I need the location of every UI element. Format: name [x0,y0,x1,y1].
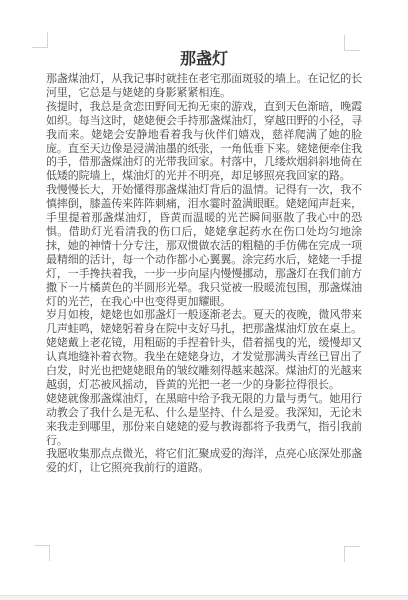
document-title: 那盏灯 [46,49,362,68]
paragraph: 那盏煤油灯，从我记事时就挂在老宅那面斑驳的墙上。在记忆的长河里，它总是与姥姥的身… [46,72,362,100]
text-boundary-mark-bottom-right [344,546,360,562]
paragraph: 我慢慢长大，开始懂得那盏煤油灯背后的温情。记得有一次，我不慎摔倒，膝盖传来阵阵刺… [46,183,362,308]
text-boundary-mark-top-left [32,32,48,48]
paragraph: 岁月如梭，姥姥也如那盏灯一般逐渐老去。夏天的夜晚，微风带来几声蛙鸣，姥姥躬着身在… [46,308,362,391]
paragraph: 姥姥就像那盏煤油灯，在黑暗中给予我无限的力量与勇气。她用行动教会了我什么是无私、… [46,392,362,448]
text-boundary-mark-bottom-left [34,545,50,561]
paragraph: 我愿收集那点点微光，将它们汇聚成爱的海洋，点亮心底深处那盏爱的灯，让它照亮我前行… [46,447,362,475]
text-area: 那盏灯 那盏煤油灯，从我记事时就挂在老宅那面斑驳的墙上。在记忆的长河里，它总是与… [46,49,362,475]
document-body: 那盏煤油灯，从我记事时就挂在老宅那面斑驳的墙上。在记忆的长河里，它总是与姥姥的身… [46,72,362,475]
document-page: 那盏灯 那盏煤油灯，从我记事时就挂在老宅那面斑驳的墙上。在记忆的长河里，它总是与… [0,0,408,595]
page-bottom-edge [0,595,408,600]
paragraph: 孩提时，我总是贪恋田野间无拘无束的游戏，直到天色渐暗，晚霞如织。每当这时，姥姥便… [46,100,362,183]
